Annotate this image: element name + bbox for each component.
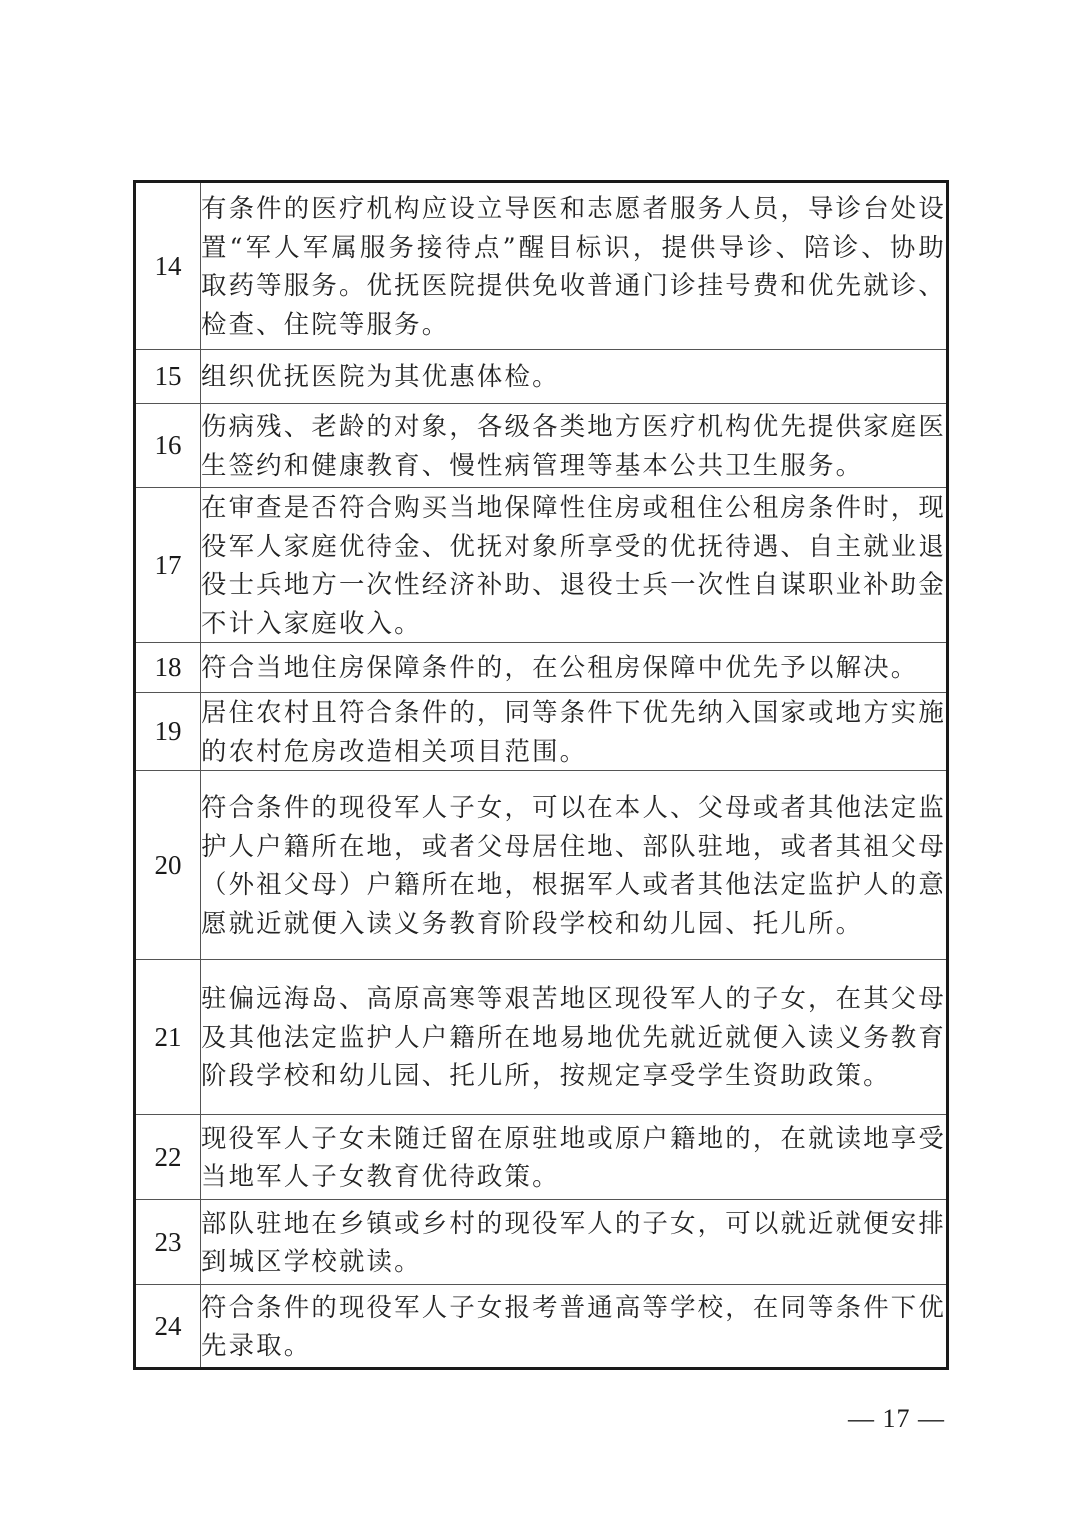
row-text: 符合当地住房保障条件的，在公租房保障中优先予以解决。: [201, 643, 948, 693]
table-row: 18 符合当地住房保障条件的，在公租房保障中优先予以解决。: [135, 643, 948, 693]
table-row: 21 驻偏远海岛、高原高寒等艰苦地区现役军人的子女，在其父母及其他法定监护人户籍…: [135, 960, 948, 1115]
table-row: 23 部队驻地在乡镇或乡村的现役军人的子女，可以就近就便安排到城区学校就读。: [135, 1200, 948, 1285]
row-text: 驻偏远海岛、高原高寒等艰苦地区现役军人的子女，在其父母及其他法定监护人户籍所在地…: [201, 960, 948, 1115]
table-row: 16 伤病残、老龄的对象，各级各类地方医疗机构优先提供家庭医生签约和健康教育、慢…: [135, 404, 948, 488]
row-number: 15: [135, 350, 201, 404]
policy-table: 14 有条件的医疗机构应设立导医和志愿者服务人员，导诊台处设置“军人军属服务接待…: [133, 180, 949, 1370]
row-number: 20: [135, 771, 201, 960]
row-text: 有条件的医疗机构应设立导医和志愿者服务人员，导诊台处设置“军人军属服务接待点”醒…: [201, 182, 948, 350]
row-number: 23: [135, 1200, 201, 1285]
table-row: 17 在审查是否符合购买当地保障性住房或租住公租房条件时，现役军人家庭优待金、优…: [135, 488, 948, 643]
row-number: 19: [135, 693, 201, 771]
table-row: 20 符合条件的现役军人子女，可以在本人、父母或者其他法定监护人户籍所在地，或者…: [135, 771, 948, 960]
table-row: 24 符合条件的现役军人子女报考普通高等学校，在同等条件下优先录取。: [135, 1285, 948, 1369]
row-text: 部队驻地在乡镇或乡村的现役军人的子女，可以就近就便安排到城区学校就读。: [201, 1200, 948, 1285]
page-number: — 17 —: [848, 1404, 945, 1434]
row-number: 17: [135, 488, 201, 643]
row-number: 22: [135, 1115, 201, 1200]
table-row: 22 现役军人子女未随迁留在原驻地或原户籍地的，在就读地享受当地军人子女教育优待…: [135, 1115, 948, 1200]
table-body: 14 有条件的医疗机构应设立导医和志愿者服务人员，导诊台处设置“军人军属服务接待…: [135, 182, 948, 1369]
row-text: 在审查是否符合购买当地保障性住房或租住公租房条件时，现役军人家庭优待金、优抚对象…: [201, 488, 948, 643]
row-number: 21: [135, 960, 201, 1115]
document-page: 14 有条件的医疗机构应设立导医和志愿者服务人员，导诊台处设置“军人军属服务接待…: [0, 0, 1080, 1527]
row-number: 14: [135, 182, 201, 350]
row-number: 24: [135, 1285, 201, 1369]
table-row: 19 居住农村且符合条件的，同等条件下优先纳入国家或地方实施的农村危房改造相关项…: [135, 693, 948, 771]
row-text: 符合条件的现役军人子女报考普通高等学校，在同等条件下优先录取。: [201, 1285, 948, 1369]
row-number: 18: [135, 643, 201, 693]
row-text: 伤病残、老龄的对象，各级各类地方医疗机构优先提供家庭医生签约和健康教育、慢性病管…: [201, 404, 948, 488]
row-text: 居住农村且符合条件的，同等条件下优先纳入国家或地方实施的农村危房改造相关项目范围…: [201, 693, 948, 771]
row-text: 现役军人子女未随迁留在原驻地或原户籍地的，在就读地享受当地军人子女教育优待政策。: [201, 1115, 948, 1200]
table-row: 14 有条件的医疗机构应设立导医和志愿者服务人员，导诊台处设置“军人军属服务接待…: [135, 182, 948, 350]
row-number: 16: [135, 404, 201, 488]
row-text: 符合条件的现役军人子女，可以在本人、父母或者其他法定监护人户籍所在地，或者父母居…: [201, 771, 948, 960]
row-text: 组织优抚医院为其优惠体检。: [201, 350, 948, 404]
table-row: 15 组织优抚医院为其优惠体检。: [135, 350, 948, 404]
